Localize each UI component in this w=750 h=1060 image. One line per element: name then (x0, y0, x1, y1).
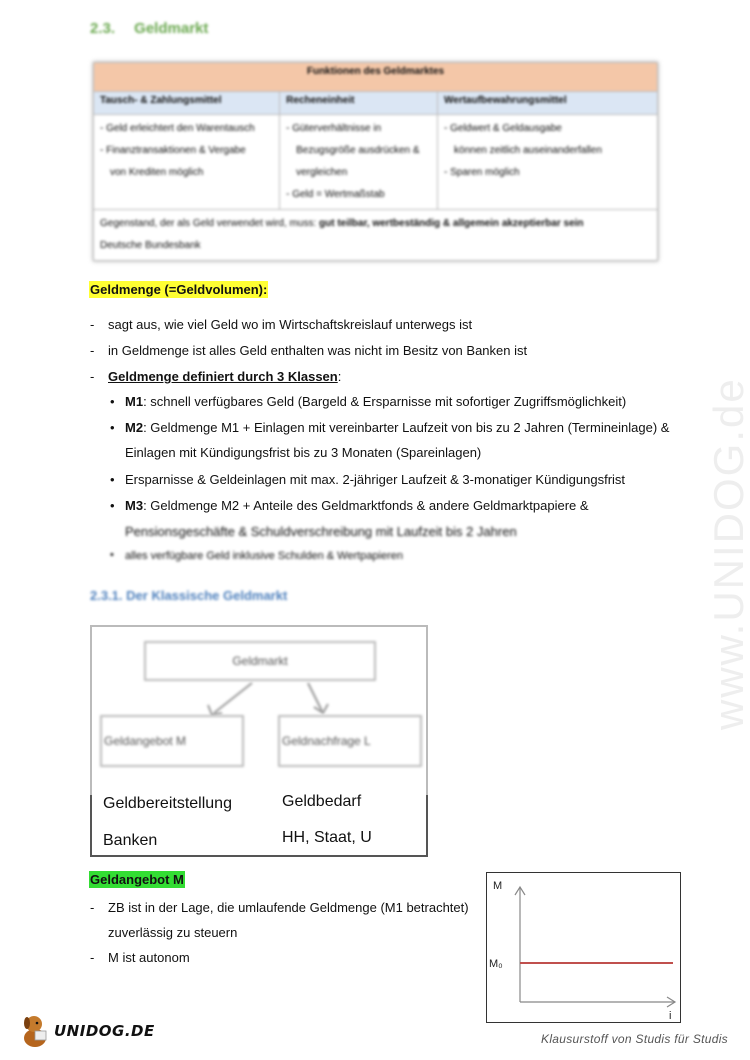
list-item: Geldmenge definiert durch 3 Klassen: (108, 369, 341, 384)
class-label: M2 (125, 420, 143, 435)
unidog-logo: UNIDOG.DE (20, 1014, 155, 1048)
cell-line: - Güterverhältnisse in (286, 118, 431, 140)
class-item-m1: M1: schnell verfügbares Geld (Bargeld & … (125, 394, 626, 409)
subsection-number: 2.3.1. (90, 588, 123, 603)
diagram-label: Geldbereitstellung (103, 795, 232, 813)
table-footer: Gegenstand, der als Geld verwendet wird,… (94, 210, 658, 261)
list-item: M ist autonom (108, 950, 190, 965)
class-label: M1 (125, 394, 143, 409)
cell-line: von Krediten möglich (100, 162, 273, 184)
class-label: M3 (125, 498, 143, 513)
dash-marker: - (90, 343, 94, 358)
diagram-label: HH, Staat, U (282, 829, 372, 847)
cell-line: - Geld erleichtert den Warentausch (100, 118, 273, 140)
geldmenge-heading: Geldmenge (=Geldvolumen): (89, 281, 268, 298)
list-item: ZB ist in der Lage, die umlaufende Geldm… (108, 900, 469, 915)
class-text: : Geldmenge M2 + Anteile des Geldmarktfo… (143, 498, 589, 513)
table-title: Funktionen des Geldmarktes (94, 63, 658, 92)
functions-table: Funktionen des Geldmarktes Tausch- & Zah… (93, 62, 658, 261)
diagram-box-geldnachfrage: Geldnachfrage L (278, 715, 422, 767)
table-cell: - Geldwert & Geldausgabe können zeitlich… (438, 115, 658, 210)
class-text: : schnell verfügbares Geld (Bargeld & Er… (143, 394, 626, 409)
cell-line: Bezugsgröße ausdrücken & (286, 140, 431, 162)
table-cell: - Güterverhältnisse in Bezugsgröße ausdr… (280, 115, 438, 210)
class-text: : Geldmenge M1 + Einlagen mit vereinbart… (143, 420, 669, 435)
class-item-m3: M3: Geldmenge M2 + Anteile des Geldmarkt… (125, 498, 589, 513)
diagram-box-geldangebot: Geldangebot M (100, 715, 244, 767)
svg-text:i: i (669, 1010, 671, 1022)
bullet: • (110, 549, 114, 561)
section-heading: 2.3. Geldmarkt (90, 20, 208, 37)
watermark: www.UNIDOG.de (705, 377, 750, 730)
section-title: Geldmarkt (134, 20, 208, 37)
cell-line: - Sparen möglich (444, 162, 651, 184)
diagram-label: Geldbedarf (282, 793, 361, 811)
diagram-label: Banken (103, 832, 157, 850)
bullet: • (110, 472, 115, 487)
dash-marker: - (90, 950, 94, 965)
section-number: 2.3. (90, 20, 130, 37)
svg-text:M: M (493, 880, 502, 892)
dash-marker: - (90, 369, 94, 384)
chart-canvas: MiM₀ (487, 873, 682, 1024)
footer-line2: Deutsche Bundesbank (100, 240, 201, 251)
cell-line: können zeitlich auseinanderfallen (444, 140, 651, 162)
class-item-m3-line2: Pensionsgeschäfte & Schuldverschreibung … (125, 524, 517, 539)
subsection-title: Der Klassische Geldmarkt (126, 588, 287, 603)
class-item-m2-line2: Einlagen mit Kündigungsfrist bis zu 3 Mo… (125, 445, 481, 460)
bullet: • (110, 498, 115, 513)
svg-text:M₀: M₀ (489, 958, 503, 970)
subsection-heading: 2.3.1. Der Klassische Geldmarkt (90, 588, 287, 603)
list-item-line2: zuverlässig zu steuern (108, 925, 237, 940)
diagram-box-geldmarkt: Geldmarkt (144, 641, 376, 681)
footer-bold-text: gut teilbar, wertbeständig & allgemein a… (319, 218, 584, 229)
column-header: Wertaufbewahrungsmittel (438, 92, 658, 115)
geldangebot-heading: Geldangebot M (89, 871, 185, 888)
footer-tagline: Klausurstoff von Studis für Studis (541, 1032, 728, 1046)
geldmarkt-diagram: Geldmarkt Geldangebot M Geldnachfrage L … (90, 625, 428, 857)
class-item-all: alles verfügbare Geld inklusive Schulden… (125, 550, 403, 562)
colon: : (338, 369, 342, 384)
dog-icon (20, 1014, 50, 1048)
table-cell: - Geld erleichtert den Warentausch - Fin… (94, 115, 280, 210)
cell-line: - Finanztransaktionen & Vergabe (100, 140, 273, 162)
dash-marker: - (90, 317, 94, 332)
cell-line: vergleichen (286, 162, 431, 184)
bullet: • (110, 420, 115, 435)
dash-marker: - (90, 900, 94, 915)
class-item-m2: M2: Geldmenge M1 + Einlagen mit vereinba… (125, 420, 669, 435)
bullet: • (110, 394, 115, 409)
classes-heading: Geldmenge definiert durch 3 Klassen (108, 369, 338, 384)
column-header: Recheneinheit (280, 92, 438, 115)
logo-text: UNIDOG.DE (54, 1022, 155, 1040)
class-item-savings: Ersparnisse & Geldeinlagen mit max. 2-jä… (125, 472, 625, 487)
list-item: sagt aus, wie viel Geld wo im Wirtschaft… (108, 317, 472, 332)
footer-text: Gegenstand, der als Geld verwendet wird,… (100, 218, 319, 229)
cell-line: - Geld = Wertmaßstab (286, 184, 431, 206)
column-header: Tausch- & Zahlungsmittel (94, 92, 280, 115)
money-supply-chart: MiM₀ (486, 872, 681, 1023)
cell-line: - Geldwert & Geldausgabe (444, 118, 651, 140)
list-item: in Geldmenge ist alles Geld enthalten wa… (108, 343, 527, 358)
